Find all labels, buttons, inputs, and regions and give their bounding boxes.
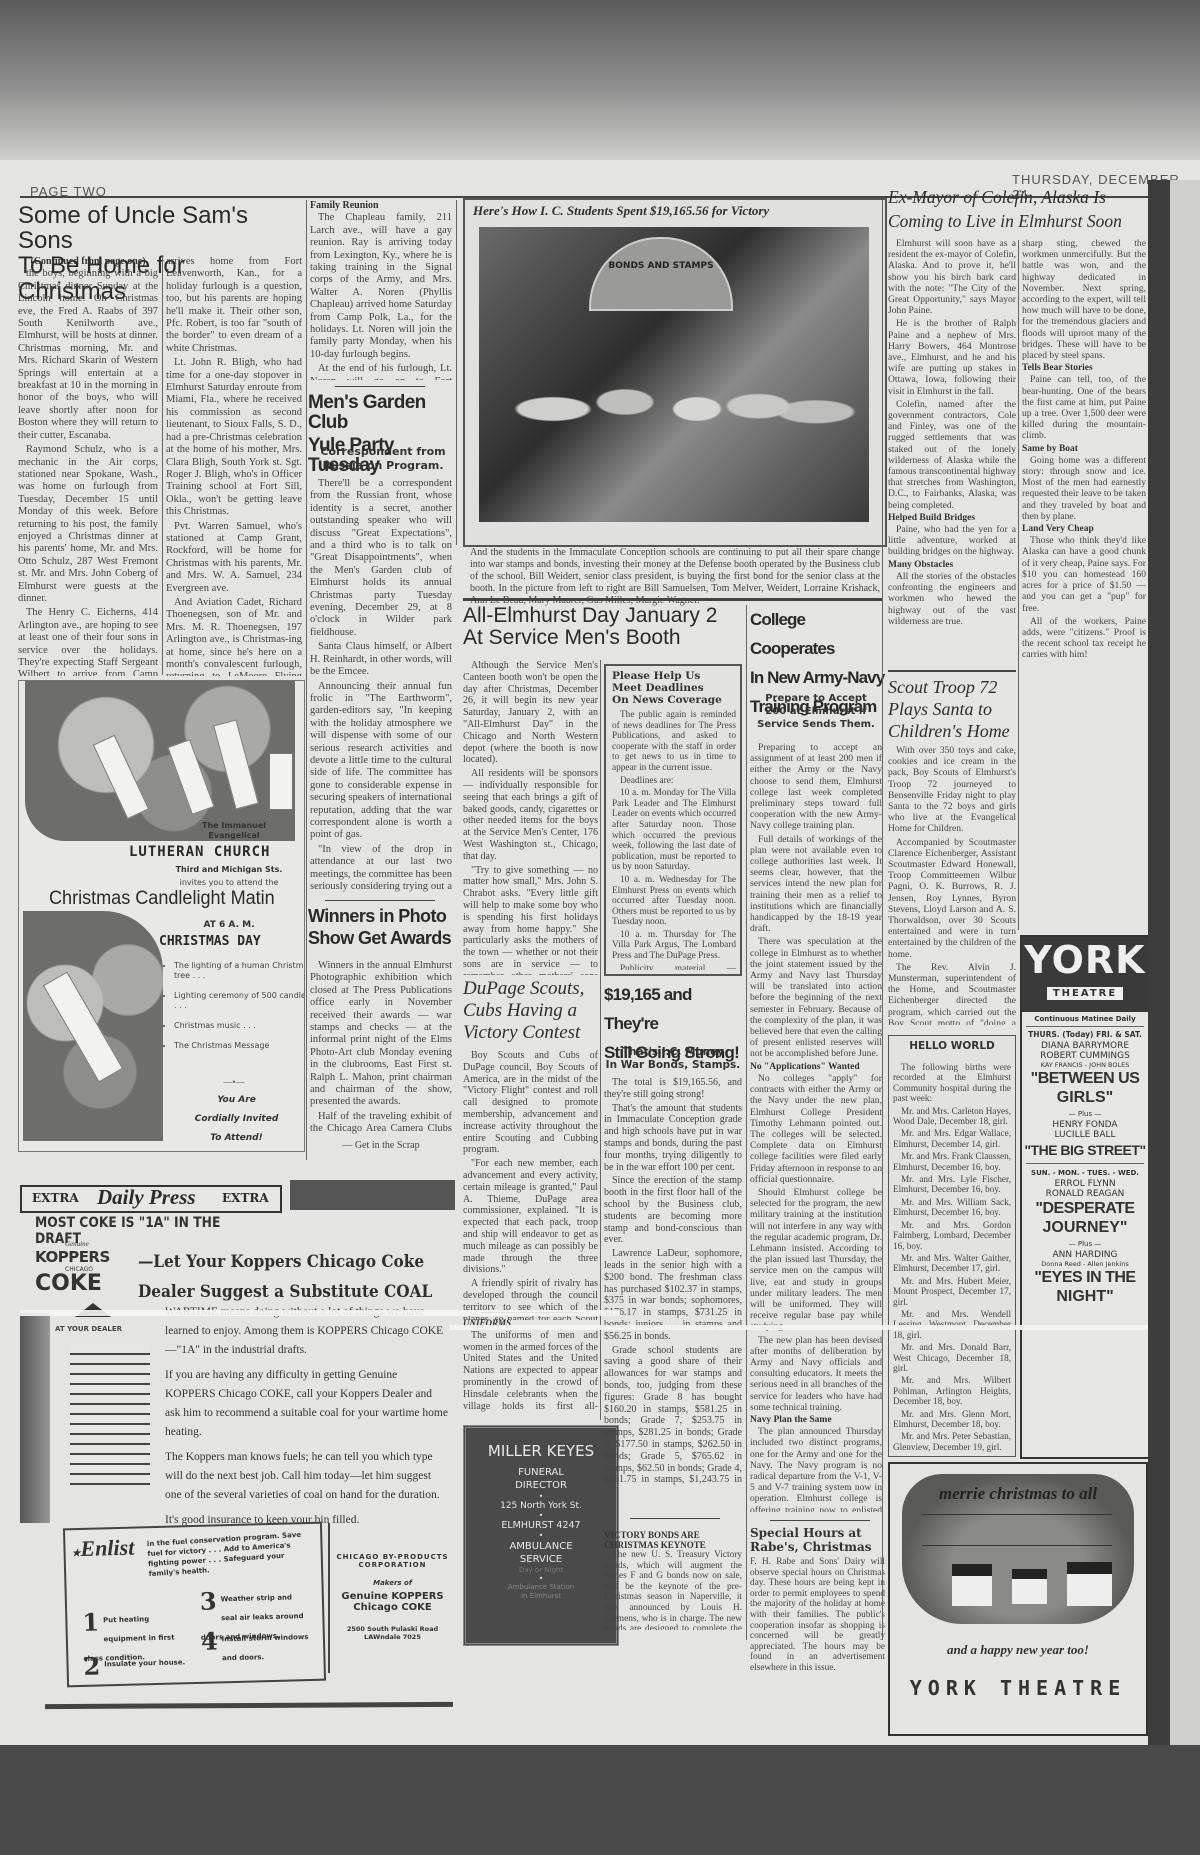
headline-line: Scout Troop 72 bbox=[888, 676, 1016, 698]
event-item: The Christmas Message bbox=[174, 1041, 305, 1051]
paragraph: The following births were recorded at th… bbox=[893, 1062, 1011, 1104]
subhead: Land Very Cheap bbox=[1022, 524, 1146, 535]
hello-world-box: HELLO WORLD The following births were re… bbox=[888, 1035, 1016, 1457]
paragraph: He is the brother of Ralph Paine and a n… bbox=[888, 318, 1016, 396]
headline-line: In New Army-Navy bbox=[750, 663, 885, 692]
paragraph: Those who think they'd like Alaska can h… bbox=[1022, 535, 1146, 613]
greeting-banner: merrie christmas to all bbox=[902, 1484, 1134, 1504]
headline-line: Victory Contest bbox=[463, 1022, 598, 1044]
text-line: The Immanuel bbox=[169, 821, 299, 831]
business-title: FUNERAL DIRECTOR bbox=[466, 1466, 616, 1492]
extra-label: EXTRA bbox=[222, 1191, 269, 1205]
headline-line: —Let Your Koppers Chicago Coke bbox=[138, 1247, 426, 1277]
uncle-sam-col2: arrives home from Fort Leavenworth, Kan.… bbox=[166, 256, 302, 676]
paragraph: Full details of workings of the plan wer… bbox=[750, 834, 882, 935]
enlist-text: in the fuel conservation program. Save f… bbox=[147, 1529, 314, 1579]
birth-entry: Mr. and Mrs. Edgar Wallace, Elmhurst, De… bbox=[893, 1128, 1011, 1149]
headline-line: $19,165 and They're bbox=[604, 980, 744, 1038]
birth-entry: Mr. and Mrs. Hubert Meier, Mount Prospec… bbox=[893, 1276, 1011, 1307]
corp-phone: LAWndale 7025 bbox=[330, 1633, 455, 1641]
paragraph: At the end of his furlough, Lt. Noren wi… bbox=[310, 363, 452, 380]
paper-crease bbox=[20, 1310, 620, 1316]
headline-line: All-Elmhurst Day January 2 bbox=[463, 605, 743, 627]
photo-winners-headline: Winners in Photo Show Get Awards bbox=[308, 907, 458, 948]
paragraph: There was speculation at the college in … bbox=[750, 936, 882, 1059]
paragraph: The public again is reminded of news dea… bbox=[612, 710, 736, 774]
page-gutter-shadow bbox=[1148, 180, 1170, 1745]
film-title: GIRLS" bbox=[1022, 1088, 1148, 1107]
corp-address: 2500 South Pulaski Road bbox=[330, 1625, 455, 1633]
title-line: Meet Deadlines bbox=[612, 682, 736, 694]
paragraph: Deadlines are: bbox=[612, 776, 736, 787]
subhead: Tells Bear Stories bbox=[1022, 363, 1146, 374]
extra-label: EXTRA bbox=[32, 1191, 79, 1205]
divider bbox=[325, 900, 435, 901]
corp-line: CHICAGO BY-PRODUCTS bbox=[330, 1553, 455, 1561]
enlist-tips: 1Put heating equipment in first class co… bbox=[82, 1584, 312, 1590]
paragraph: The Rev. Alvin J. Munsterman, superinten… bbox=[888, 962, 1016, 1025]
york-program-1: THURS. (Today) FRI. & SAT. DIANA BARRYMO… bbox=[1022, 1030, 1148, 1158]
birth-entry: Mr. and Mrs. Carleton Hayes, Wood Dale, … bbox=[893, 1106, 1011, 1127]
star-line: DIANA BARRYMORE bbox=[1022, 1041, 1148, 1051]
headline-line: Plays Santa to bbox=[888, 698, 1016, 720]
kicker-line: CHRISTMAS KEYNOTE bbox=[604, 1540, 742, 1550]
title-line: On News Coverage bbox=[612, 694, 736, 706]
birth-entry: Mr. and Mrs. Gordon Falmberg, Lombard, D… bbox=[893, 1220, 1011, 1251]
column-rule bbox=[162, 255, 163, 675]
colefin-col2: sharp sting, chewed the workmen unmercif… bbox=[1022, 238, 1146, 938]
tip-number: 3 bbox=[200, 1586, 217, 1615]
paragraph: "Try to give something — no matter how s… bbox=[463, 865, 598, 975]
birth-entry: Mr. and Mrs. Peter Sebastian, Glenview, … bbox=[893, 1431, 1011, 1452]
headline-line: Rabe's, Christmas bbox=[750, 1540, 885, 1554]
music-staff bbox=[922, 1514, 1112, 1546]
ambulance-station: Ambulance Station In Elmhurst bbox=[466, 1583, 616, 1601]
film-title: "EYES IN THE bbox=[1022, 1268, 1148, 1287]
koppers-coke-ad: EXTRA Daily Press EXTRA MOST COKE IS "1A… bbox=[20, 1185, 455, 1740]
paragraph: The total is $19,165.56, and they're sti… bbox=[604, 1077, 742, 1101]
paragraph: Should Elmhurst college be selected for … bbox=[750, 1187, 882, 1333]
births-list: The following births were recorded at th… bbox=[893, 1062, 1011, 1452]
tip-item: 4Install storm windows and doors. bbox=[201, 1624, 312, 1665]
continued-note: (Continued from page one) bbox=[18, 256, 158, 268]
show-days: SUN. - MON. - TUES. - WED. bbox=[1022, 1169, 1148, 1177]
logo-small-text: Genuine bbox=[65, 1240, 140, 1248]
house-icon bbox=[952, 1564, 992, 1606]
students-photo: BONDS AND STAMPS bbox=[479, 227, 869, 522]
text-line: AMBULANCE bbox=[466, 1540, 616, 1553]
business-phone: ELMHURST 4247 bbox=[466, 1520, 616, 1531]
victory-bonds-kicker: VICTORY BONDS ARE CHRISTMAS KEYNOTE bbox=[604, 1530, 742, 1550]
rabes-headline: Special Hours at Rabe's, Christmas bbox=[750, 1526, 885, 1554]
deadlines-title: Please Help Us Meet Deadlines On News Co… bbox=[612, 670, 736, 706]
ic-photo-box: Here's How I. C. Students Spent $19,165.… bbox=[463, 198, 887, 547]
paragraph: The plan announced Thursday included two… bbox=[750, 1426, 882, 1512]
headline-line: Men's Garden Club bbox=[308, 393, 458, 433]
birth-entry: Mr. and Mrs. Donald Barr, West Chicago, … bbox=[893, 1342, 1011, 1373]
ornament: —•— bbox=[174, 1077, 294, 1087]
headline-line: Ex-Mayor of Colefin, Alaska Is bbox=[888, 185, 1148, 209]
paragraph: Elmhurst will soon have as a resident th… bbox=[888, 238, 1016, 316]
subhead-line: That's I.C. Money bbox=[604, 1046, 742, 1059]
film-title: "THE BIG STREET" bbox=[1022, 1142, 1148, 1158]
ad-base-rule bbox=[45, 1702, 453, 1709]
star-line: RONALD REAGAN bbox=[1022, 1189, 1148, 1199]
subhead: Navy Plan the Same bbox=[750, 1415, 882, 1426]
college-story: Preparing to accept an assignment of at … bbox=[750, 742, 882, 1512]
plus-label: — Plus — bbox=[1022, 1240, 1148, 1248]
scout-troop-story: With over 350 toys and cake, cookies and… bbox=[888, 745, 1016, 1025]
rabes-story: F. H. Rabe and Sons' Dairy will observe … bbox=[750, 1557, 885, 1674]
victory-bonds-story: VICTORY BONDS ARE CHRISTMAS KEYNOTE The … bbox=[604, 1530, 742, 1630]
logo-coke: COKE bbox=[35, 1273, 140, 1295]
koppers-logo: Genuine KOPPERS CHICAGO COKE bbox=[35, 1240, 140, 1295]
church-address: Third and Michigan Sts. bbox=[159, 865, 299, 874]
scouts-story: Boy Scouts and Cubs of DuPage council, B… bbox=[463, 1050, 598, 1320]
paragraph: All of the workers, Paine adds, were "ci… bbox=[1022, 616, 1146, 661]
event-title: Christmas Candlelight Matin bbox=[49, 888, 296, 910]
headline-line: Winners in Photo bbox=[308, 907, 458, 926]
hello-world-title: HELLO WORLD bbox=[889, 1040, 1015, 1052]
newspaper-page: PAGE TWO THURSDAY, DECEMBER 24 Some of U… bbox=[0, 0, 1200, 1745]
tip-text: Install storm windows and doors. bbox=[222, 1633, 309, 1662]
column-rule bbox=[306, 200, 307, 1160]
scan-bottom-margin bbox=[0, 1745, 1200, 1855]
paragraph: Preparing to accept an assignment of at … bbox=[750, 742, 882, 832]
deadlines-text: The public again is reminded of news dea… bbox=[612, 710, 736, 970]
star-line: LUCILLE BALL bbox=[1022, 1130, 1148, 1140]
subhead: Same by Boat bbox=[1022, 444, 1146, 455]
birth-entry: Mr. and Mrs. Frank Claussen, Elmhurst, D… bbox=[893, 1151, 1011, 1172]
daily-press-label: Daily Press bbox=[97, 1185, 196, 1210]
subhead-line: In War Bonds, Stamps. bbox=[604, 1059, 742, 1072]
paragraph: With over 350 toys and cake, cookies and… bbox=[888, 745, 1016, 835]
invitation-closing: You Are Cordially Invited To Attend! bbox=[169, 1091, 304, 1148]
paragraph: "In view of the drop in attendance at ou… bbox=[310, 844, 452, 893]
title-line: FUNERAL bbox=[466, 1466, 616, 1479]
church-intro: The Immanuel Evangelical bbox=[169, 821, 299, 841]
text-line: SERVICE bbox=[466, 1553, 616, 1566]
enlist-heading: ★Enlist bbox=[71, 1535, 134, 1563]
paragraph: The Chapleau family, 211 Larch ave., wil… bbox=[310, 212, 452, 361]
paragraph-text: The new U. S. Treasury Victory bonds, wh… bbox=[604, 1550, 742, 1630]
family-reunion-story: Family Reunion The Chapleau family, 211 … bbox=[310, 200, 452, 380]
column-rule bbox=[1018, 240, 1019, 930]
paragraph: All residents will be sponsors — individ… bbox=[463, 768, 598, 862]
greeting-tagline: and a happy new year too! bbox=[890, 1642, 1146, 1658]
york-tagline: Continuous Matinee Daily bbox=[1022, 1015, 1148, 1023]
paragraph: The Henry C. Eicherns, 414 Arlington ave… bbox=[18, 607, 158, 676]
brand-line: Chicago COKE bbox=[330, 1602, 455, 1613]
corp-info: CHICAGO BY-PRODUCTS CORPORATION Makers o… bbox=[330, 1553, 455, 1641]
paragraph: 10 a. m. Monday for The Villa Park Leade… bbox=[612, 788, 736, 873]
colefin-col1: Elmhurst will soon have as a resident th… bbox=[888, 238, 1016, 668]
paragraph: Going home was a different story: throug… bbox=[1022, 455, 1146, 522]
york-logo-sub: THEATRE bbox=[1047, 987, 1123, 1000]
church-name: LUTHERAN CHURCH bbox=[129, 844, 305, 860]
sign-label: AT YOUR DEALER bbox=[55, 1325, 155, 1333]
paragraph: Winners in the annual Elmhurst Photograp… bbox=[310, 960, 452, 1109]
headline-line: College Cooperates bbox=[750, 605, 885, 663]
divider bbox=[888, 670, 1016, 672]
star-line: Donna Reed - Allen Jenkins bbox=[1022, 1260, 1148, 1268]
village-illustration: merrie christmas to all bbox=[902, 1474, 1134, 1624]
headline-line: Show Get Awards bbox=[308, 929, 458, 948]
text-line: You Are bbox=[169, 1091, 304, 1110]
headline-line: Some of Uncle Sam's Sons bbox=[18, 203, 298, 253]
colefin-headline: Ex-Mayor of Colefin, Alaska Is Coming to… bbox=[888, 185, 1148, 233]
paragraph: sharp sting, chewed the workmen unmercif… bbox=[1022, 238, 1146, 361]
column-rule bbox=[600, 660, 601, 1420]
uniforms-story: UNIFORMS The uniforms of men and women i… bbox=[463, 1318, 598, 1413]
paragraph: If you are having any difficulty in gett… bbox=[165, 1366, 450, 1442]
scout-troop-headline: Scout Troop 72 Plays Santa to Children's… bbox=[888, 676, 1016, 742]
paragraph: Announcing their annual fun frolic in "T… bbox=[310, 681, 452, 842]
booth-arch: BONDS AND STAMPS bbox=[589, 237, 733, 311]
event-items: The lighting of a human Christmas tree .… bbox=[164, 961, 305, 1051]
tip-number: 2 bbox=[83, 1651, 100, 1680]
star-icon: ★ bbox=[71, 1548, 80, 1559]
headline-line: DuPage Scouts, bbox=[463, 978, 598, 1000]
photo-headline: Here's How I. C. Students Spent $19,165.… bbox=[473, 204, 873, 218]
star-line: ERROL FLYNN bbox=[1022, 1179, 1148, 1189]
makers-label: Makers of bbox=[330, 1579, 455, 1587]
house-icon bbox=[1067, 1562, 1112, 1606]
star-line: ROBERT CUMMINGS bbox=[1022, 1051, 1148, 1061]
birth-entry: Mr. and Mrs. Wilbert Pohlman, Arlington … bbox=[893, 1375, 1011, 1406]
business-name: MILLER KEYES bbox=[466, 1442, 616, 1460]
event-item: The lighting of a human Christmas tree .… bbox=[174, 961, 305, 981]
paragraph: Publicity material — information for adv… bbox=[612, 964, 736, 970]
column-rule bbox=[882, 200, 883, 1640]
divider bbox=[630, 1518, 720, 1519]
paragraph: Colefin, named after the government cont… bbox=[888, 399, 1016, 511]
paragraph: The new plan has been devised after mont… bbox=[750, 1335, 882, 1413]
garden-club-subhead: Correspondent from Russia on Program. bbox=[312, 445, 454, 473]
sign-lines bbox=[70, 1345, 150, 1485]
text-line: In Elmhurst bbox=[466, 1592, 616, 1601]
paragraph: Raymond Schulz, who is a mechanic in the… bbox=[18, 444, 158, 605]
ambulance-service: AMBULANCE SERVICE bbox=[466, 1540, 616, 1566]
event-day: CHRISTMAS DAY bbox=[159, 934, 305, 949]
paragraph: Half of the traveling exhibit of the Chi… bbox=[310, 1111, 452, 1135]
paragraph: 10 a. m. Wednesday for The Elmhurst Pres… bbox=[612, 875, 736, 928]
coke-body: WARTIME means doing without a lot of thi… bbox=[165, 1303, 450, 1530]
paragraph: Paine, who had the yen for a little adve… bbox=[888, 524, 1016, 558]
birth-entry: Mr. and Mrs. Glenn Mort, Elmhurst, Decem… bbox=[893, 1409, 1011, 1430]
film-title: NIGHT" bbox=[1022, 1287, 1148, 1306]
film-title: JOURNEY" bbox=[1022, 1218, 1148, 1237]
invite-line: invites you to attend the bbox=[159, 878, 299, 887]
york-greeting-ad: merrie christmas to all and a happy new … bbox=[888, 1462, 1148, 1736]
coke-headline: —Let Your Koppers Chicago Coke Dealer Su… bbox=[138, 1247, 426, 1307]
still-going-subhead: That's I.C. Money In War Bonds, Stamps. bbox=[604, 1046, 742, 1072]
business-address: 125 North York St. bbox=[466, 1501, 616, 1511]
star-line: KAY FRANCIS - JOHN BOLES bbox=[1022, 1061, 1148, 1069]
text-line: Ambulance Station bbox=[466, 1583, 616, 1592]
paragraph: And Aviation Cadet, Richard Thoenegsen, … bbox=[166, 597, 302, 676]
paragraph: There'll be a correspondent from the Rus… bbox=[310, 478, 452, 639]
film-title: "BETWEEN US bbox=[1022, 1069, 1148, 1088]
greeting-signature: YORK THEATRE bbox=[890, 1676, 1146, 1700]
lutheran-church-ad: The Immanuel Evangelical LUTHERAN CHURCH… bbox=[18, 680, 305, 1152]
text-line: Evangelical bbox=[169, 831, 299, 841]
event-item: Christmas music . . . bbox=[174, 1021, 305, 1031]
tip-number: 1 bbox=[82, 1608, 99, 1637]
film-title: "DESPERATE bbox=[1022, 1199, 1148, 1218]
scrap-slogan: — Get in the Scrap bbox=[310, 1140, 452, 1152]
logo-koppers: KOPPERS bbox=[35, 1248, 140, 1266]
tip-text: Insulate your house. bbox=[104, 1658, 185, 1668]
paper-crease bbox=[450, 1325, 1150, 1330]
york-logo-block: YORK THEATRE bbox=[1022, 937, 1148, 1012]
show-days: THURS. (Today) FRI. & SAT. bbox=[1022, 1030, 1148, 1039]
headline-line: Special Hours at bbox=[750, 1526, 885, 1540]
paragraph: That's the amount that students in Immac… bbox=[604, 1103, 742, 1174]
dark-photo-strip bbox=[290, 1180, 455, 1210]
headline-line: Children's Home bbox=[888, 720, 1016, 742]
candles-illustration bbox=[25, 681, 295, 841]
text-line: To Attend! bbox=[169, 1129, 304, 1148]
paragraph: Pvt. Warren Samuel, who's stationed at C… bbox=[166, 521, 302, 595]
booth-sign: BONDS AND STAMPS bbox=[591, 261, 731, 271]
headline-line: Cubs Having a bbox=[463, 1000, 598, 1022]
star-line: ANN HARDING bbox=[1022, 1250, 1148, 1260]
subhead: Many Obstacles bbox=[888, 560, 1016, 571]
star-line: HENRY FONDA bbox=[1022, 1120, 1148, 1130]
title-line: Please Help Us bbox=[612, 670, 736, 682]
tip-number: 4 bbox=[201, 1626, 218, 1655]
york-logo: YORK bbox=[1022, 937, 1148, 983]
subhead: Helped Build Bridges bbox=[888, 513, 1016, 524]
paragraph: All the stories of the obstacles confron… bbox=[888, 571, 1016, 627]
paragraph: Grade school students are saving a good … bbox=[604, 1345, 742, 1487]
paragraph: Accompanied by Scoutmaster Clarence Eich… bbox=[888, 837, 1016, 960]
birth-entry: Mr. and Mrs. William Sack, Elmhurst, Dec… bbox=[893, 1197, 1011, 1218]
york-program-2: SUN. - MON. - TUES. - WED. ERROL FLYNN R… bbox=[1022, 1169, 1148, 1306]
corp-line: CORPORATION bbox=[330, 1561, 455, 1569]
paragraph: No colleges "apply" for contracts with e… bbox=[750, 1073, 882, 1185]
paragraph: arrives home from Fort Leavenworth, Kan.… bbox=[166, 256, 302, 355]
house-icon bbox=[1012, 1569, 1047, 1604]
college-subhead: Prepare to Accept 200 at Elmhurst if Ser… bbox=[755, 692, 877, 731]
event-item: Lighting ceremony of 500 candles . . . bbox=[174, 991, 305, 1011]
paragraph-text: The uniforms of men and women in the arm… bbox=[463, 1330, 598, 1413]
garden-club-story: There'll be a correspondent from the Rus… bbox=[310, 478, 452, 893]
text-line: Cordially Invited bbox=[169, 1110, 304, 1129]
uncle-sam-col1: (Continued from page one) the boys, begi… bbox=[18, 256, 158, 676]
paragraph: Since the erection of the stamp booth in… bbox=[604, 1175, 742, 1246]
scan-top-margin bbox=[0, 0, 1200, 160]
divider-double bbox=[463, 598, 883, 601]
column-rule bbox=[456, 200, 457, 545]
enlist-word: Enlist bbox=[80, 1535, 134, 1561]
paragraph: the boys, beginning with a big Christmas… bbox=[18, 268, 158, 442]
candle-icon bbox=[269, 753, 293, 810]
kicker-line: VICTORY BONDS ARE bbox=[604, 1530, 742, 1540]
paragraph: Santa Claus himself, or Albert H. Reinha… bbox=[310, 641, 452, 678]
paragraph: Lt. John R. Bligh, who had time for a on… bbox=[166, 357, 302, 518]
headline-line: At Service Men's Booth bbox=[463, 627, 743, 649]
extra-banner: EXTRA Daily Press EXTRA bbox=[20, 1185, 282, 1213]
plus-label: — Plus — bbox=[1022, 1110, 1148, 1118]
title-line: DIRECTOR bbox=[466, 1479, 616, 1492]
elmhurst-day-story: Although the Service Men's Canteen booth… bbox=[463, 660, 598, 975]
divider bbox=[770, 1520, 870, 1521]
paragraph: 10 a. m. Thursday for The Villa Park Arg… bbox=[612, 930, 736, 962]
headline-line: Coming to Live in Elmhurst Soon bbox=[888, 209, 1148, 233]
paragraph: "For each new member, each advancement a… bbox=[463, 1158, 598, 1276]
scouts-headline: DuPage Scouts, Cubs Having a Victory Con… bbox=[463, 978, 598, 1044]
sign-post bbox=[20, 1313, 50, 1523]
still-going-story: The total is $19,165.56, and they're sti… bbox=[604, 1077, 742, 1487]
miller-keyes-ad: MILLER KEYES FUNERAL DIRECTOR • 125 Nort… bbox=[463, 1425, 619, 1646]
service-hours: Day or Night bbox=[466, 1566, 616, 1574]
subhead: No "Applications" Wanted bbox=[750, 1062, 882, 1073]
tip-item: 2Insulate your house. bbox=[83, 1649, 194, 1681]
event-time: AT 6 A. M. bbox=[169, 920, 289, 930]
brand-line: Genuine KOPPERS bbox=[330, 1591, 455, 1602]
column-rule bbox=[746, 605, 747, 1640]
paragraph: Paine can tell, too, of the bear-hunting… bbox=[1022, 374, 1146, 441]
paragraph: The Koppers man knows fuels; he can tell… bbox=[165, 1448, 450, 1505]
york-theatre-ad: YORK THEATRE Continuous Matinee Daily TH… bbox=[1020, 935, 1150, 1459]
students-figures bbox=[499, 367, 859, 507]
adjacent-page-edge bbox=[1170, 180, 1200, 1745]
deadlines-box: Please Help Us Meet Deadlines On News Co… bbox=[604, 664, 742, 976]
enlist-box: ★Enlist in the fuel conservation program… bbox=[63, 1522, 326, 1688]
birth-entry: Mr. and Mrs. Walter Gaither, Elmhurst, D… bbox=[893, 1253, 1011, 1274]
paragraph: Although the Service Men's Canteen booth… bbox=[463, 660, 598, 766]
photo-winners-story: Winners in the annual Elmhurst Photograp… bbox=[310, 960, 452, 1135]
divider bbox=[335, 386, 425, 387]
kicker: Family Reunion bbox=[310, 200, 452, 212]
elmhurst-day-headline: All-Elmhurst Day January 2 At Service Me… bbox=[463, 605, 743, 649]
birth-entry: Mr. and Mrs. Lyle Fischer, Elmhurst, Dec… bbox=[893, 1174, 1011, 1195]
paragraph: Boy Scouts and Cubs of DuPage council, B… bbox=[463, 1050, 598, 1156]
